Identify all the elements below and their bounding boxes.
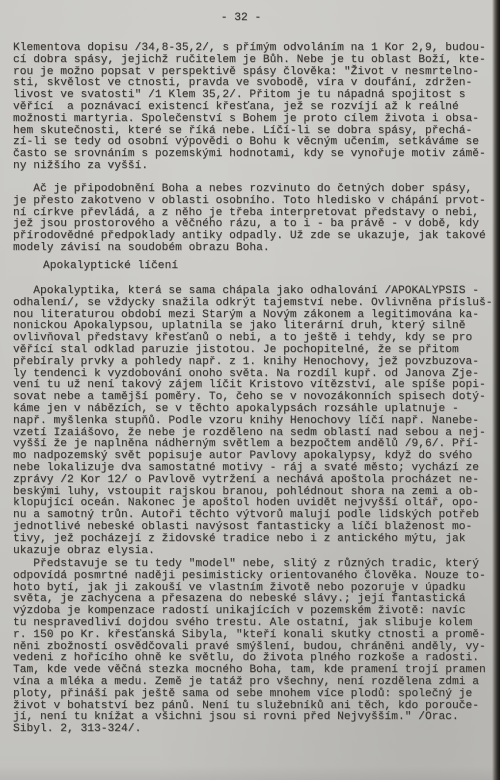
scan-shade-bottom <box>0 766 500 780</box>
paragraph-apokalyptika: Apokalyptika, která se sama chápala jako… <box>13 286 493 557</box>
document-page: - 32 - Klementova dopisu /34,8-35,2/, s … <box>0 0 500 780</box>
paragraph-klementova-dopisu: Klementova dopisu /34,8-35,2/, s přímým … <box>13 43 486 173</box>
paragraph-ac-je-pripodobneni: Ač je připodobnění Boha a nebes rozvinut… <box>13 184 486 255</box>
paragraph-predstavuje-se: Představuje se tu tedy "model" nebe, sli… <box>13 559 486 736</box>
page-number: - 32 - <box>0 13 482 25</box>
section-heading-apokalypticke-liceni: Apokalyptické líčení <box>43 261 178 273</box>
scan-edge-right <box>492 0 500 780</box>
